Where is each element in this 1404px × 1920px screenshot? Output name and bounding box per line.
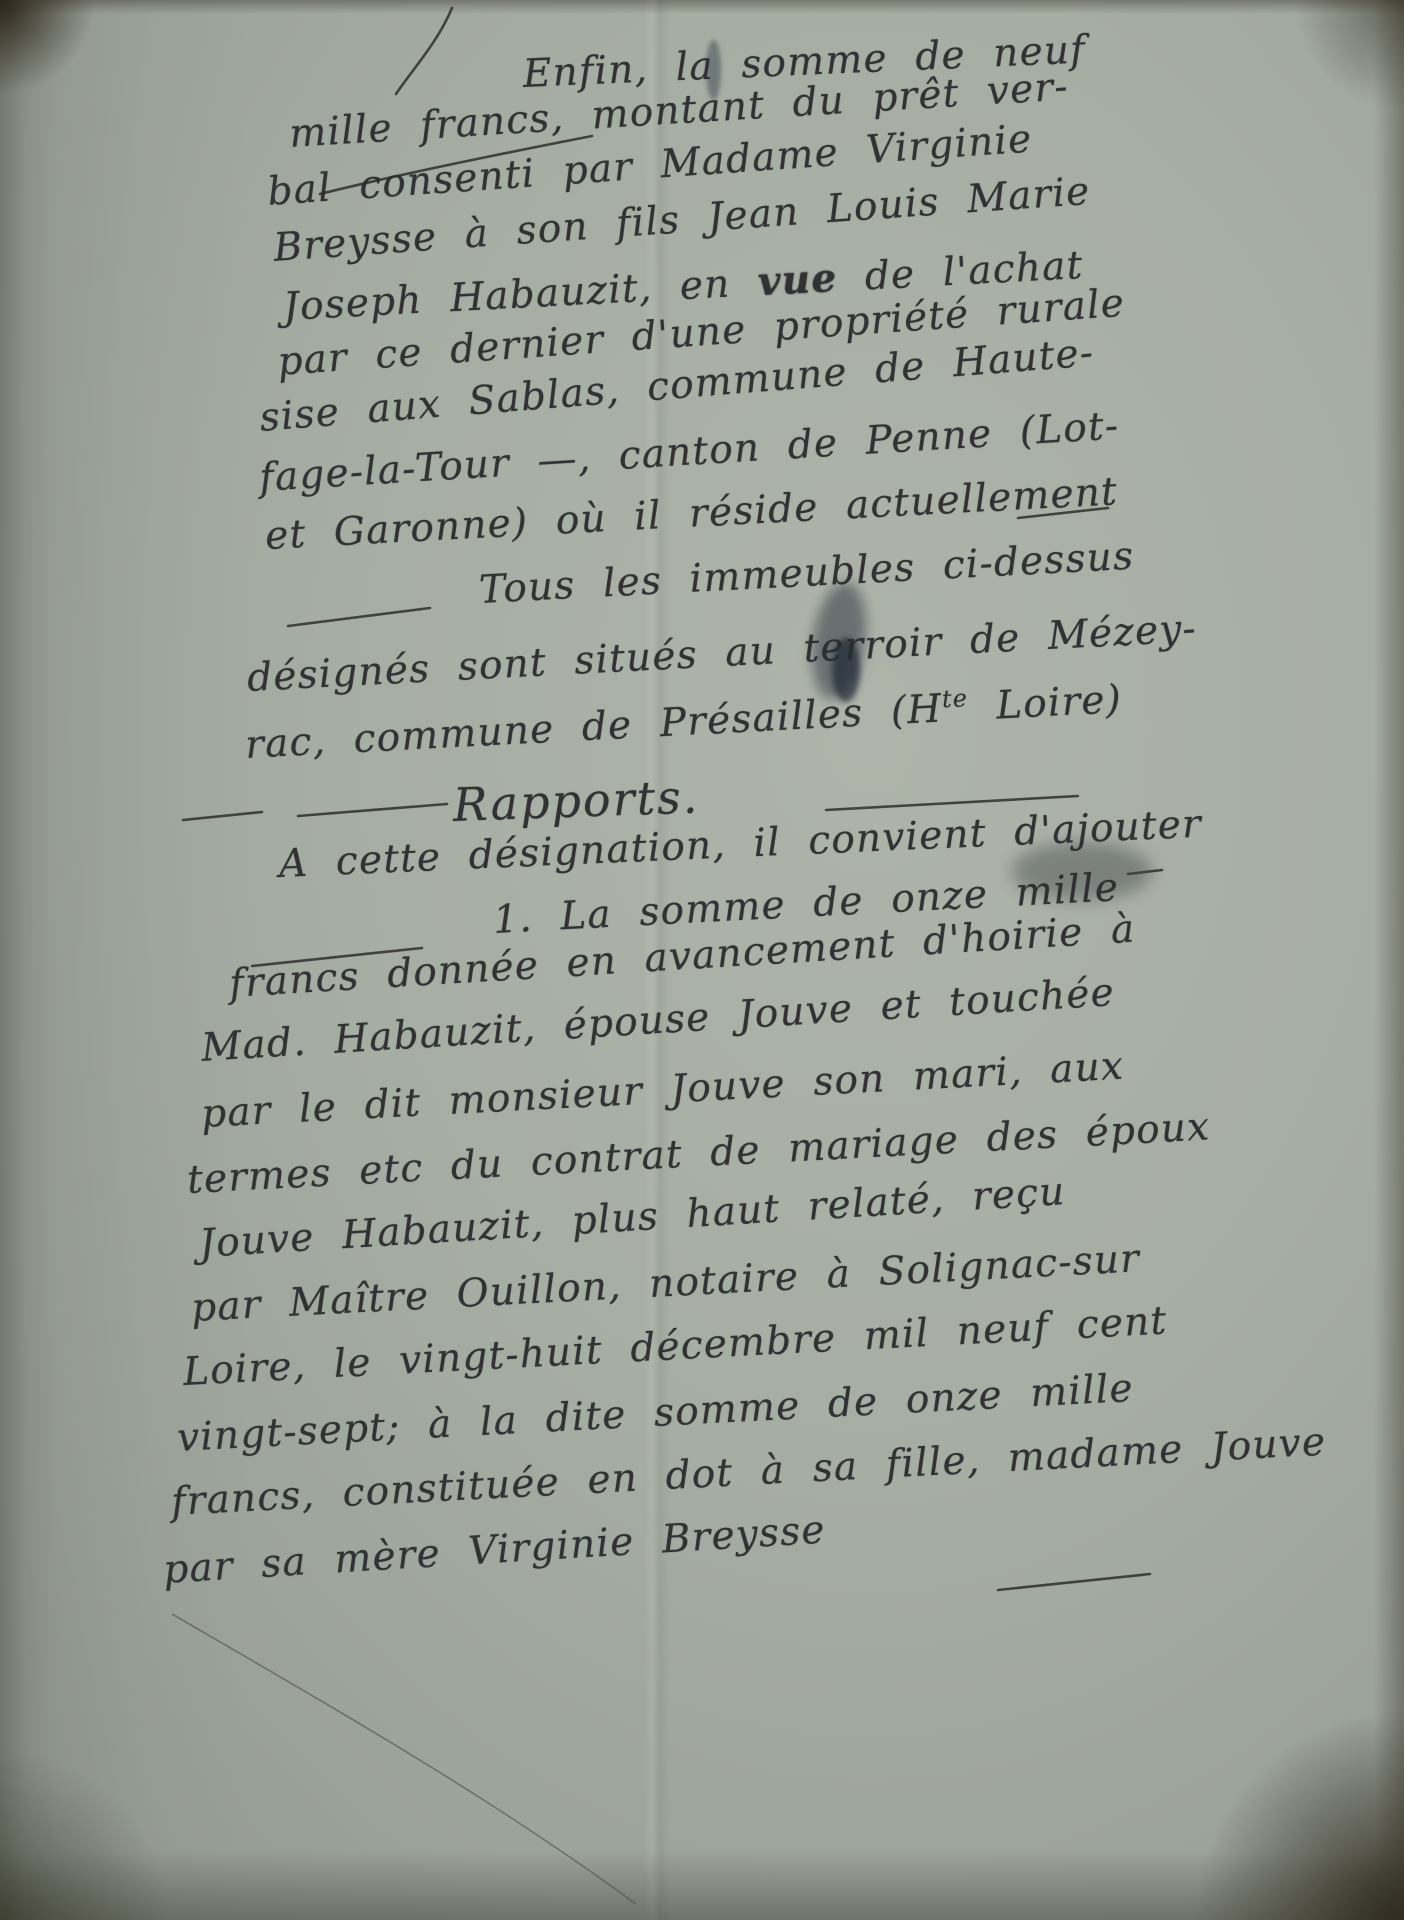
overwritten-word-vue: vue <box>757 255 839 305</box>
pen-dash-after-garonne <box>288 608 430 626</box>
pen-dash-heading-left-a <box>183 812 262 820</box>
pen-flourish <box>396 8 452 94</box>
pen-dash-after-breysse <box>998 1574 1150 1590</box>
line-post-text: Loire) <box>967 677 1123 730</box>
line-pre-text: rac, commune de Présailles (H <box>244 686 944 767</box>
paper-crease-line <box>172 1614 636 1904</box>
superscript-te: te <box>941 684 969 713</box>
pen-dash-heading-left-b <box>298 804 447 816</box>
section-heading-rapports: Rapports. <box>452 769 700 832</box>
manuscript-line: par sa mère Virginie Breysse <box>162 1508 827 1593</box>
pen-dash-after-ajouter <box>1128 870 1162 874</box>
manuscript-line: Tous les immeubles ci-dessus <box>478 534 1135 613</box>
manuscript-page: Enfin, la somme de neuf mille francs, mo… <box>0 0 1404 1920</box>
